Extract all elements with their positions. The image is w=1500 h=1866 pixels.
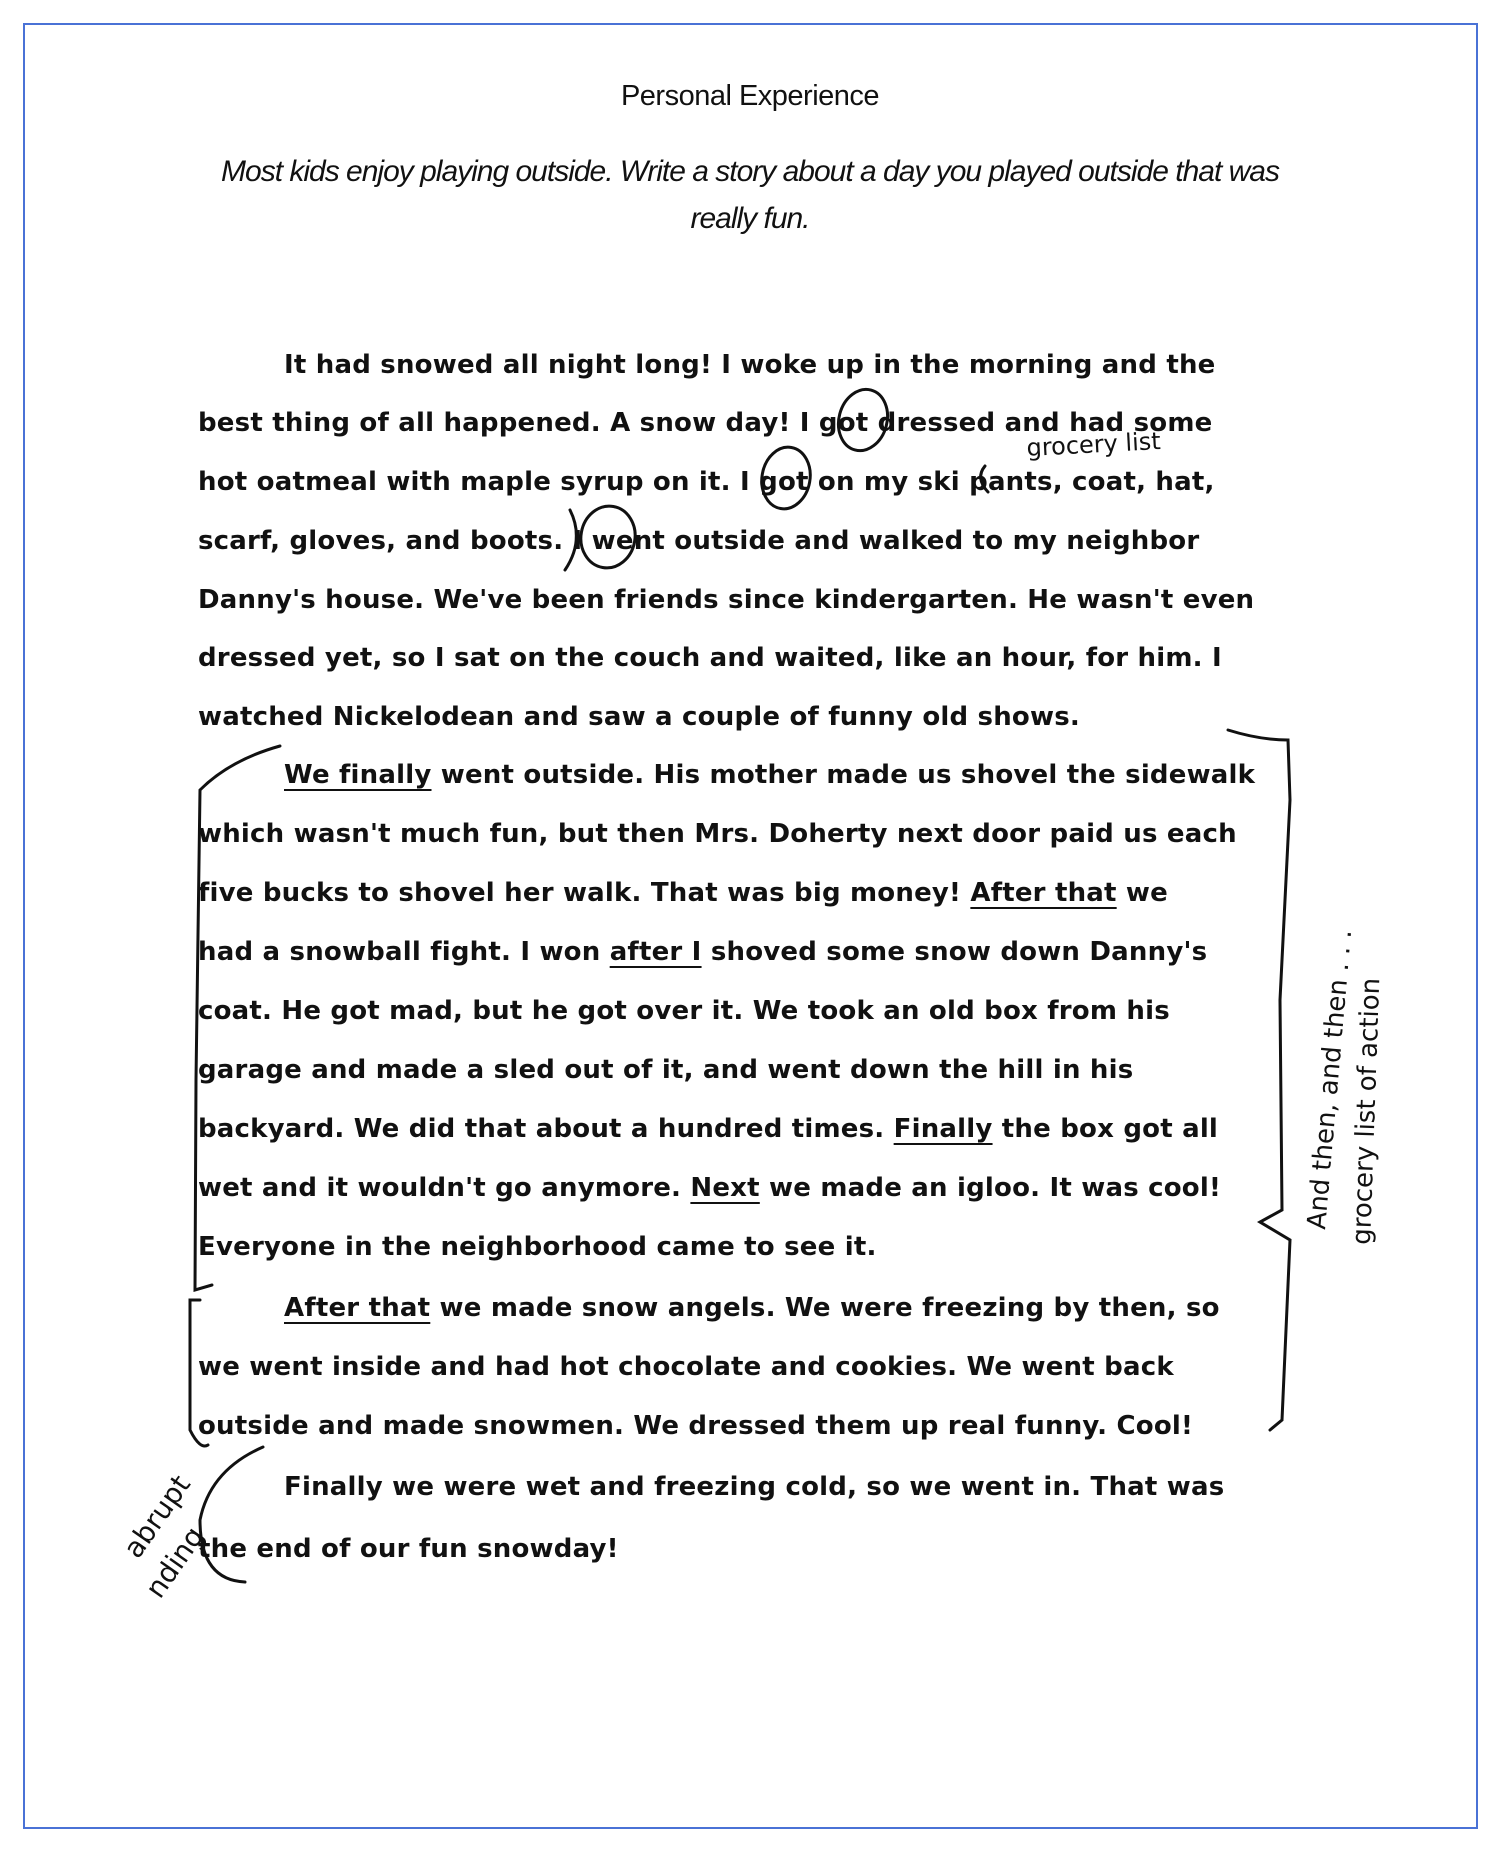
essay-line: Finally we were wet and freezing cold, s…: [284, 1472, 1224, 1502]
essay-line: backyard. We did that about a hundred ti…: [198, 1114, 1218, 1144]
essay-line: Danny's house. We've been friends since …: [198, 585, 1254, 615]
essay-line: best thing of all happened. A snow day! …: [198, 408, 1212, 438]
essay-line: It had snowed all night long! I woke up …: [284, 350, 1216, 380]
essay-line: we went inside and had hot chocolate and…: [198, 1352, 1174, 1382]
essay-line: dressed yet, so I sat on the couch and w…: [198, 643, 1222, 673]
underlined-transition: Finally: [894, 1114, 993, 1144]
underlined-transition: Next: [690, 1173, 759, 1203]
essay-line: outside and made snowmen. We dressed the…: [198, 1411, 1193, 1441]
essay-line: scarf, gloves, and boots. I went outside…: [198, 526, 1199, 556]
underlined-transition: After that: [970, 878, 1116, 908]
essay-line: garage and made a sled out of it, and we…: [198, 1055, 1133, 1085]
underlined-transition: After that: [284, 1293, 430, 1323]
essay-line: After that we made snow angels. We were …: [284, 1293, 1220, 1323]
underlined-transition: We finally: [284, 760, 432, 790]
essay-line: had a snowball fight. I won after I shov…: [198, 937, 1207, 967]
essay-line: wet and it wouldn't go anymore. Next we …: [198, 1173, 1221, 1203]
essay-line: We finally went outside. His mother made…: [284, 760, 1255, 790]
document-title: Personal Experience: [0, 80, 1500, 113]
essay-line: the end of our fun snowday!: [198, 1534, 619, 1564]
essay-line: watched Nickelodean and saw a couple of …: [198, 702, 1080, 732]
essay-line: five bucks to shovel her walk. That was …: [198, 878, 1168, 908]
underlined-transition: after I: [610, 937, 702, 967]
writing-prompt: Most kids enjoy playing outside. Write a…: [120, 148, 1380, 242]
prompt-line-1: Most kids enjoy playing outside. Write a…: [120, 148, 1380, 195]
essay-line: Everyone in the neighborhood came to see…: [198, 1232, 877, 1262]
essay-line: which wasn't much fun, but then Mrs. Doh…: [198, 819, 1237, 849]
prompt-line-2: really fun.: [120, 195, 1380, 242]
essay-line: hot oatmeal with maple syrup on it. I go…: [198, 467, 1215, 497]
essay-line: coat. He got mad, but he got over it. We…: [198, 996, 1170, 1026]
